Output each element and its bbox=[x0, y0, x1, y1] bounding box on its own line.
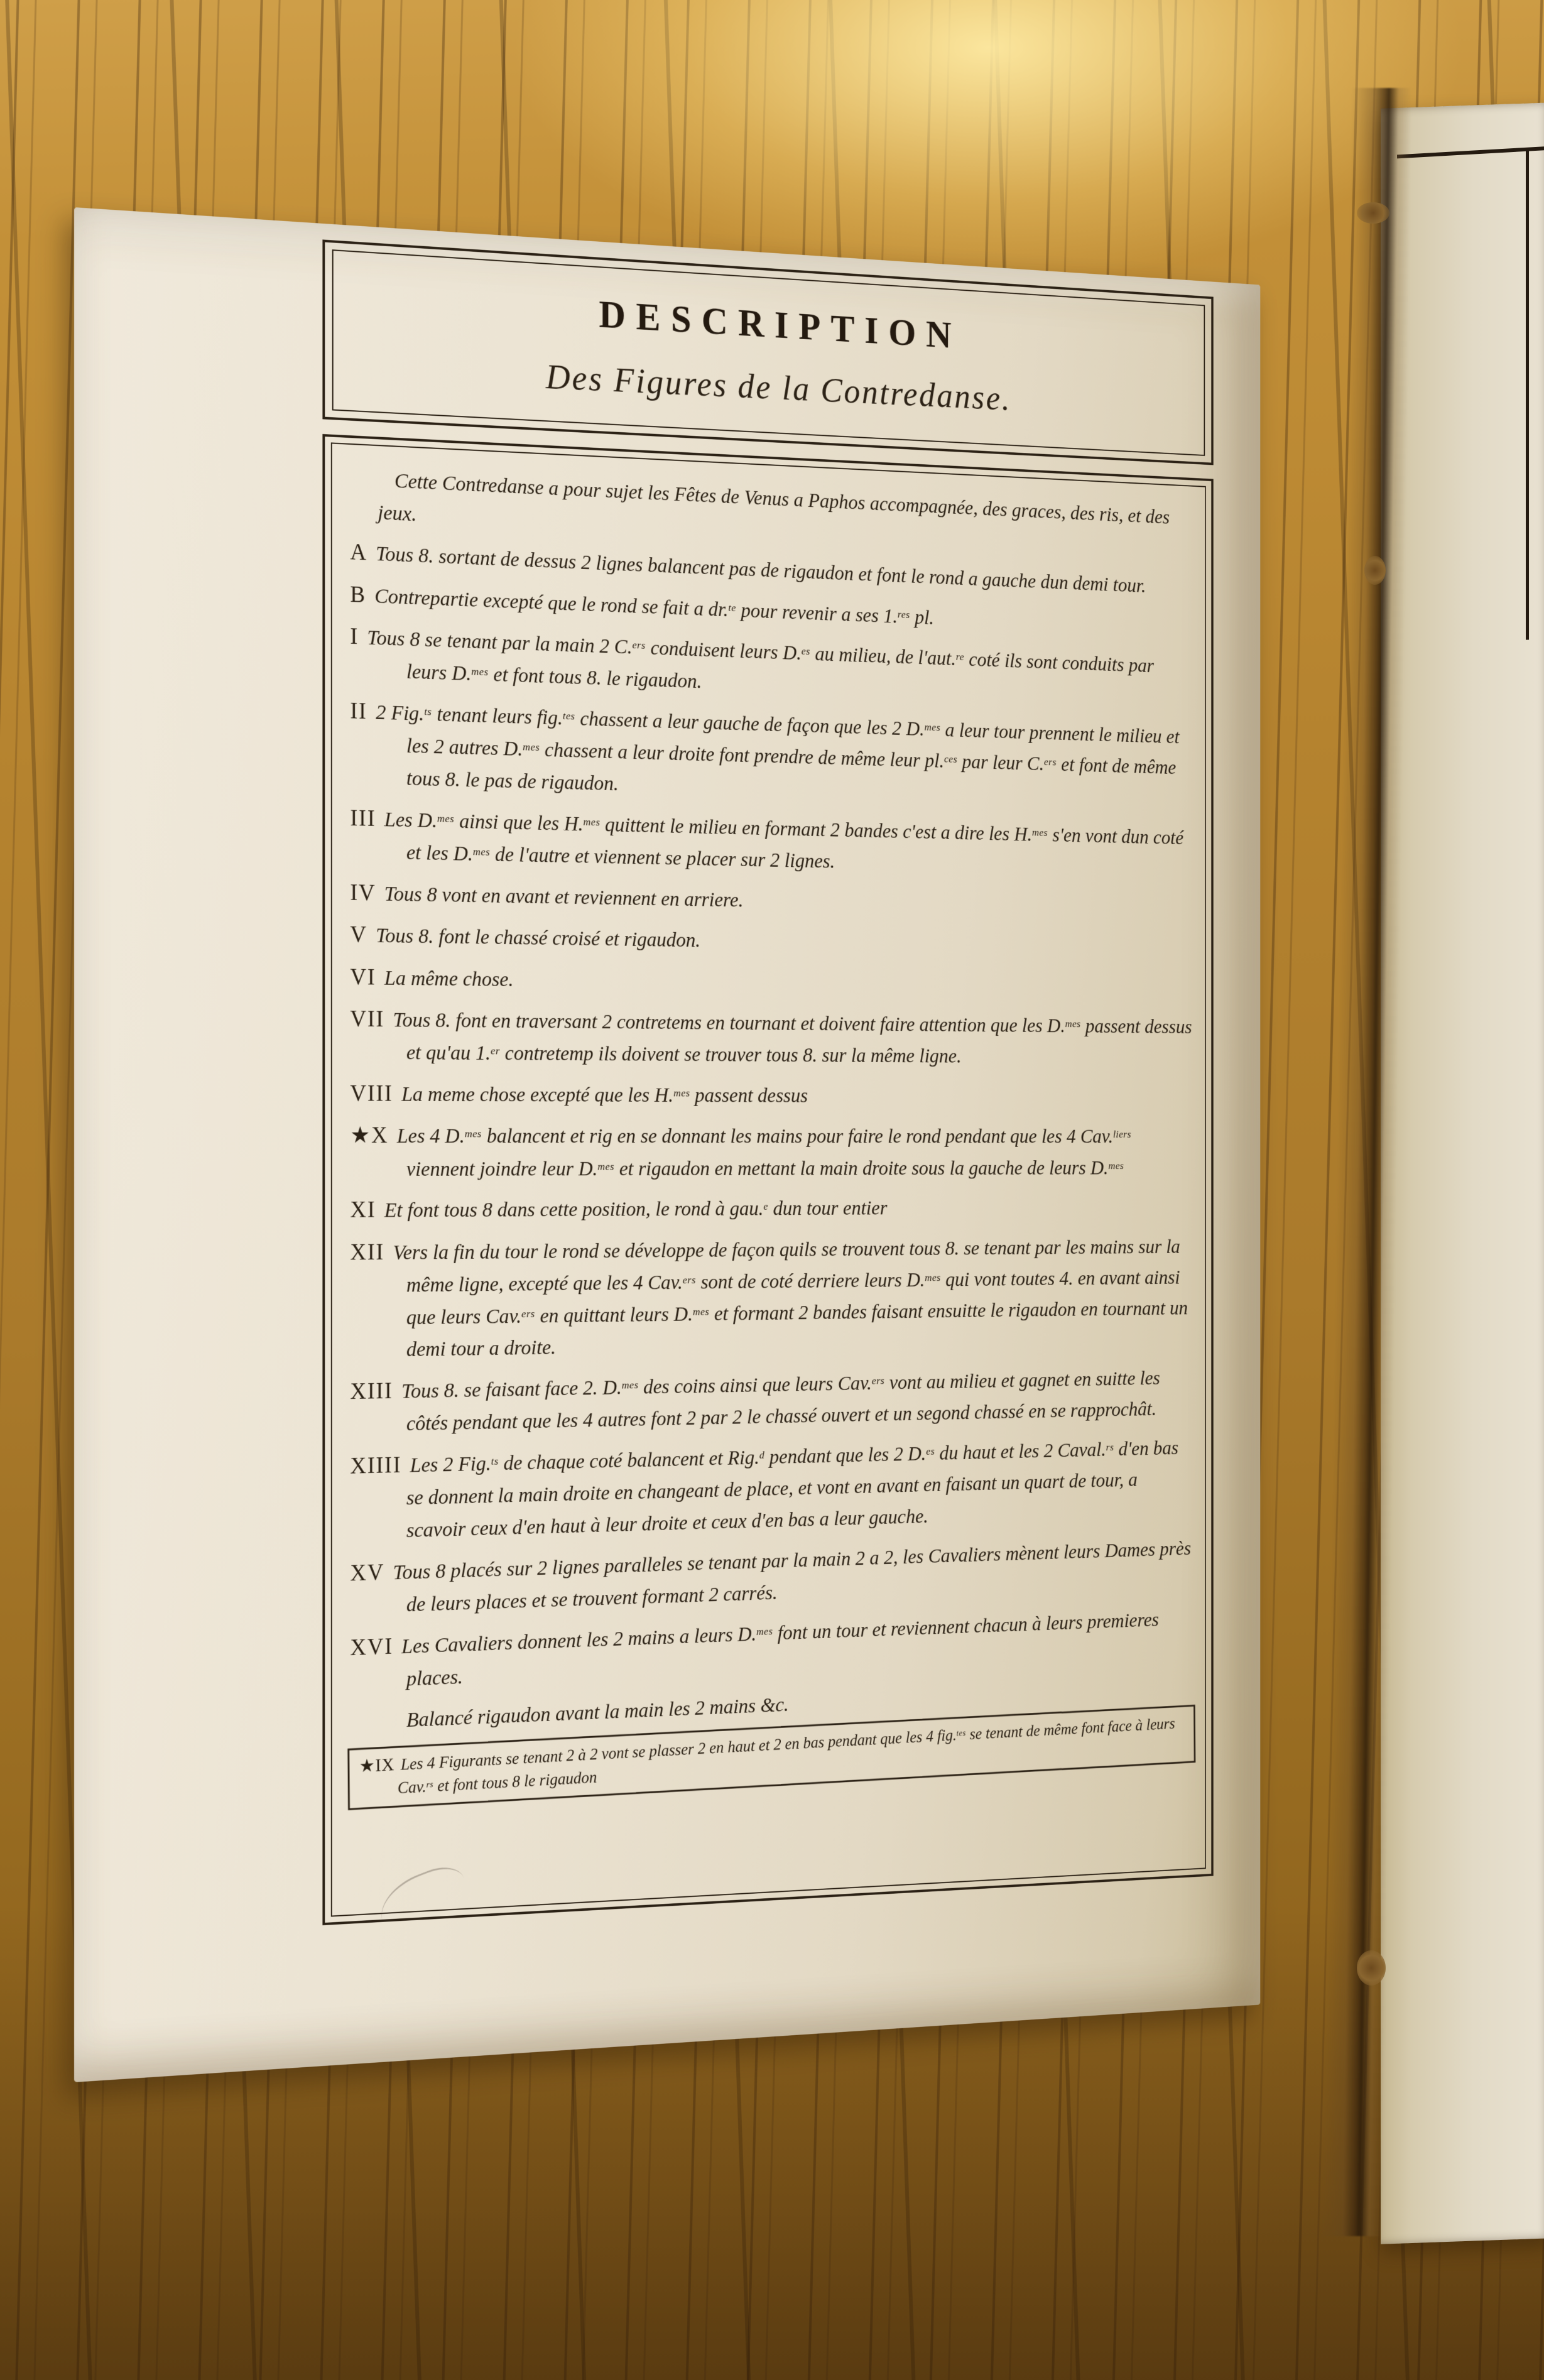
entry-text: La même chose. bbox=[384, 967, 514, 991]
figure-entry: VILa même chose. bbox=[350, 959, 1193, 1004]
binding-stitch bbox=[1364, 556, 1386, 585]
figure-entry: XIIVers la fin du tour le rond se dévelo… bbox=[350, 1229, 1193, 1367]
entry-label: III bbox=[350, 805, 384, 831]
entry-label: II bbox=[350, 698, 376, 724]
photo-of-open-book-on-wooden-table: DESCRIPTION Des Figures de la Contredans… bbox=[0, 0, 1544, 2380]
binding-stitch bbox=[1357, 1950, 1386, 1986]
entry-label: XIIII bbox=[350, 1452, 410, 1479]
entry-text: Contrepartie excepté que le rond se fait… bbox=[374, 585, 934, 629]
entry-text: La meme chose excepté que les H.mes pass… bbox=[401, 1083, 808, 1107]
figure-entry: XIEt font tous 8 dans cette position, le… bbox=[350, 1190, 1193, 1228]
figure-entry: XIIIILes 2 Fig.ts de chaque coté balance… bbox=[350, 1431, 1193, 1550]
entry-text: 2 Fig.ts tenant leurs fig.tes chassent a… bbox=[376, 701, 1179, 795]
entry-label: XV bbox=[350, 1560, 393, 1586]
figure-entry: VIIILa meme chose excepté que les H.mes … bbox=[350, 1076, 1193, 1113]
facing-page-frame-rule-horizontal bbox=[1397, 146, 1544, 159]
entry-text: Vers la fin du tour le rond se développe… bbox=[393, 1236, 1187, 1362]
entry-text: Les 4 D.mes balancent et rig en se donna… bbox=[397, 1125, 1131, 1180]
entry-text: Tous 8. font le chassé croisé et rigaudo… bbox=[376, 925, 700, 952]
entry-label: XVI bbox=[350, 1634, 401, 1661]
figure-entry: VTous 8. font le chassé croisé et rigaud… bbox=[350, 917, 1193, 964]
entry-text: Tous 8. se faisant face 2. D.mes des coi… bbox=[401, 1367, 1160, 1435]
entry-label: IV bbox=[350, 880, 384, 906]
title-box: DESCRIPTION Des Figures de la Contredans… bbox=[322, 239, 1213, 465]
entry-label: A bbox=[350, 540, 376, 566]
entry-label: I bbox=[350, 624, 367, 649]
entry-text: Les D.mes ainsi que les H.mes quittent l… bbox=[384, 808, 1183, 873]
figure-entry: ★XLes 4 D.mes balancent et rig en se don… bbox=[350, 1118, 1193, 1186]
entry-text: Les 2 Fig.ts de chaque coté balancent et… bbox=[406, 1437, 1178, 1542]
figure-entry: XIIITous 8. se faisant face 2. D.mes des… bbox=[350, 1361, 1193, 1442]
figure-entry: IVTous 8 vont en avant et reviennent en … bbox=[350, 875, 1193, 925]
figure-entry: II2 Fig.ts tenant leurs fig.tes chassent… bbox=[350, 693, 1193, 815]
engraved-print-block: DESCRIPTION Des Figures de la Contredans… bbox=[322, 239, 1213, 1925]
title-box-inner-frame: DESCRIPTION Des Figures de la Contredans… bbox=[332, 249, 1205, 456]
entry-label: XIII bbox=[350, 1378, 401, 1405]
entry-label: XI bbox=[350, 1197, 384, 1222]
text-panel: Cette Contredanse a pour sujet les Fêtes… bbox=[322, 434, 1213, 1925]
entry-label: VII bbox=[350, 1006, 393, 1032]
binding-stitch bbox=[1357, 202, 1389, 224]
entry-text: Tous 8 vont en avant et reviennent en ar… bbox=[384, 883, 743, 911]
entry-label: VIII bbox=[350, 1081, 401, 1106]
figure-list: ATous 8. sortant de dessus 2 lignes bala… bbox=[350, 535, 1193, 1698]
figure-entry: IIILes D.mes ainsi que les H.mes quitten… bbox=[350, 801, 1193, 885]
entry-text: Tous 8. font en traversant 2 contretems … bbox=[393, 1009, 1192, 1068]
entry-label: B bbox=[350, 582, 374, 608]
entry-label: VI bbox=[350, 964, 384, 990]
facing-page-frame-rule-vertical bbox=[1526, 149, 1529, 639]
footnote-label: ★IX bbox=[359, 1754, 401, 1776]
document-page: DESCRIPTION Des Figures de la Contredans… bbox=[74, 207, 1260, 2082]
figure-entry: VIITous 8. font en traversant 2 contrete… bbox=[350, 1001, 1193, 1073]
entry-text: Tous 8 placés sur 2 lignes paralleles se… bbox=[393, 1538, 1191, 1616]
entry-label: V bbox=[350, 922, 376, 948]
entry-label: XII bbox=[350, 1239, 393, 1265]
text-panel-inner-frame: Cette Contredanse a pour sujet les Fêtes… bbox=[331, 442, 1206, 1916]
entry-label: ★X bbox=[350, 1123, 396, 1148]
entry-text: Et font tous 8 dans cette position, le r… bbox=[384, 1197, 888, 1222]
